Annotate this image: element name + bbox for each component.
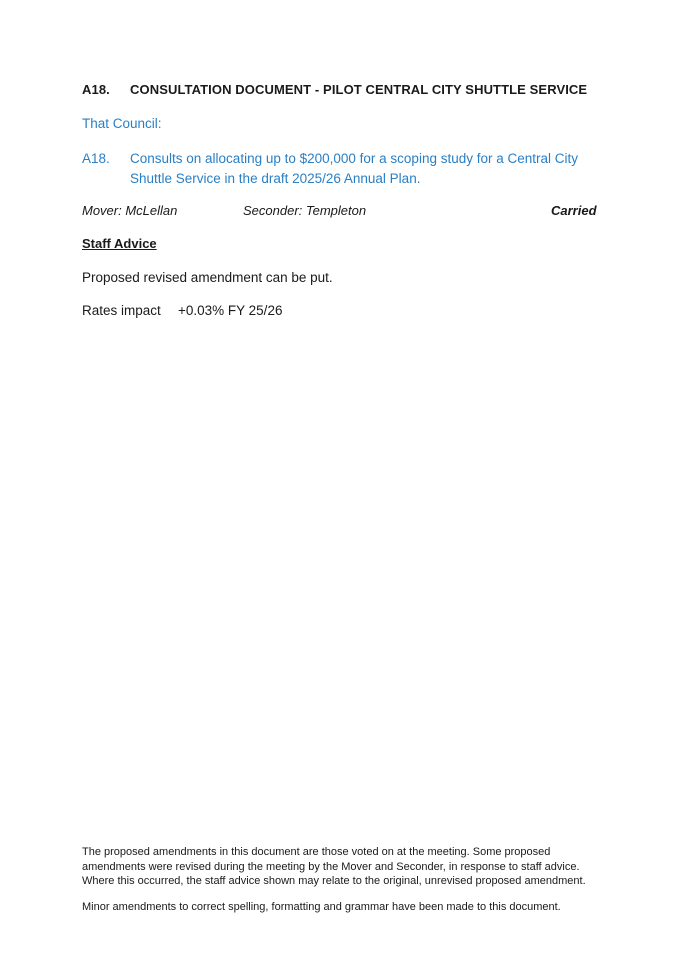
rates-impact-value: +0.03% FY 25/26 (178, 303, 282, 318)
mover: Mover: McLellan (82, 203, 177, 218)
vote-result: Carried (551, 203, 597, 218)
amendment-title: CONSULTATION DOCUMENT - PILOT CENTRAL CI… (130, 82, 587, 97)
motion-item: A18. Consults on allocating up to $200,0… (82, 149, 602, 189)
staff-advice-heading: Staff Advice (82, 236, 157, 251)
footer-note-minor: Minor amendments to correct spelling, fo… (82, 901, 561, 913)
amendment-heading: A18.CONSULTATION DOCUMENT - PILOT CENTRA… (82, 82, 587, 97)
amendment-number: A18. (82, 82, 130, 97)
motion-number: A18. (82, 149, 110, 169)
motion-text: Consults on allocating up to $200,000 fo… (130, 149, 602, 189)
motion-intro: That Council: (82, 116, 162, 131)
rates-impact-label: Rates impact (82, 303, 161, 318)
staff-advice-text: Proposed revised amendment can be put. (82, 270, 333, 285)
seconder: Seconder: Templeton (243, 203, 366, 218)
footer-note: The proposed amendments in this document… (82, 845, 607, 889)
